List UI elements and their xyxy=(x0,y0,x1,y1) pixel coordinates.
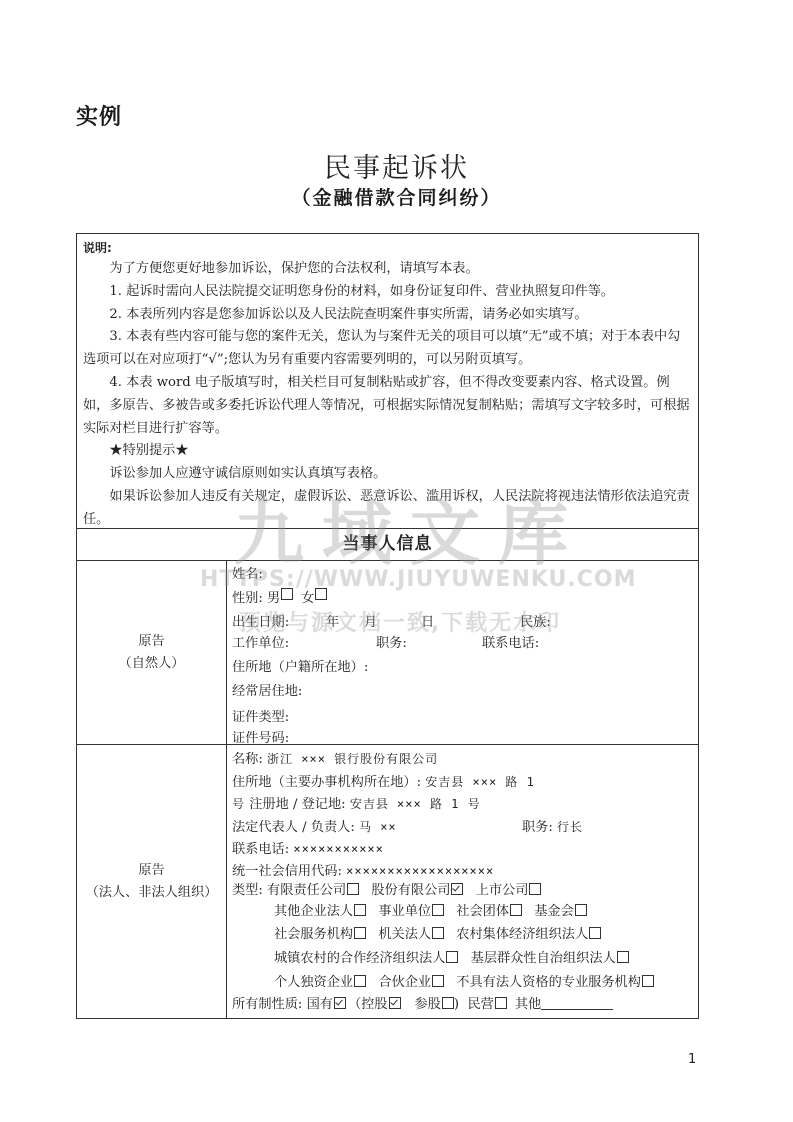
type-llc-checkbox[interactable] xyxy=(347,883,359,895)
type-grassroots-checkbox[interactable] xyxy=(617,951,629,963)
legal-rep-field[interactable]: 法定代表人 / 负责人: 马 ××职务: 行长 xyxy=(232,816,693,839)
field-label: 姓名: xyxy=(232,564,263,585)
type-option-label: 股份有限公司 xyxy=(371,883,450,898)
row-sublabel: （法人、非法人组织） xyxy=(86,882,218,904)
male-checkbox[interactable] xyxy=(281,588,293,600)
ownership-field: 所有制性质: 国有（控股参股) 民营其他 xyxy=(232,995,693,1015)
instructions-heading: 说明: xyxy=(83,238,692,258)
row-label: 原告 xyxy=(138,860,164,882)
phone-label: 联系电话: xyxy=(482,633,539,654)
type-professional-service-checkbox[interactable] xyxy=(642,975,654,987)
type-social-service-checkbox[interactable] xyxy=(354,927,366,939)
field-label: 经常居住地: xyxy=(232,681,302,702)
ownership-option-label: 民营 xyxy=(467,997,493,1012)
field-label: 统一社会信用代码: xyxy=(232,864,342,879)
paren: ) xyxy=(454,997,459,1012)
entity-type-row-1: 类型: 有限责任公司 股份有限公司 上市公司 xyxy=(232,881,693,901)
ownership-option-label: 控股 xyxy=(361,997,387,1012)
paren: （ xyxy=(348,997,361,1012)
field-label: 住所地（主要办事机构所在地）: xyxy=(232,775,421,790)
type-option-label: 合伙企业 xyxy=(378,975,431,990)
entity-type-row-5: 个人独资企业 合伙企业 不具有法人资格的专业服务机构 xyxy=(232,971,693,995)
field-label: 性别: xyxy=(232,588,263,609)
type-partnership-checkbox[interactable] xyxy=(432,975,444,987)
registered-address-value: 安吉县 ××× 路 1 号 xyxy=(350,797,481,811)
registered-address-field[interactable]: 号 注册地 / 登记地: 安吉县 ××× 路 1 号 xyxy=(232,793,693,816)
month-label: 月 xyxy=(364,612,421,633)
type-government-checkbox[interactable] xyxy=(432,927,444,939)
plaintiff-natural-person-row: 原告 （自然人） 姓名: 性别: 男女 出生日期:年月日民族: 工作单位:职务:… xyxy=(77,561,698,745)
field-label: 工作单位: xyxy=(232,633,376,654)
type-option-label: 农村集体经济组织法人 xyxy=(456,927,588,942)
plaintiff-legal-label: 原告 （法人、非法人组织） xyxy=(77,745,227,1018)
instruction-paragraph: 1. 起诉时需向人民法院提交证明您身份的材料，如身份证复印件、营业执照复印件等。 xyxy=(83,281,692,304)
document-title: 民事起诉状 xyxy=(0,146,793,185)
type-option-label: 机关法人 xyxy=(378,927,431,942)
day-label: 日 xyxy=(421,612,520,633)
party-info-header: 当事人信息 xyxy=(77,529,698,561)
ownership-other-input[interactable] xyxy=(541,995,613,1010)
example-label: 实例 xyxy=(76,100,122,131)
plaintiff-legal-fields: 名称: 浙江 ××× 银行股份有限公司 住所地（主要办事机构所在地）: 安吉县 … xyxy=(227,745,698,1018)
id-type-field[interactable]: 证件类型: xyxy=(232,707,693,728)
document-subtitle: （金融借款合同纠纷） xyxy=(0,183,793,210)
field-label: 法定代表人 / 负责人: xyxy=(232,820,355,835)
legal-rep-value: 马 ×× xyxy=(359,820,397,834)
type-option-label: 城镇农村的合作经济组织法人 xyxy=(274,951,445,966)
position-value: 行长 xyxy=(557,820,583,834)
plaintiff-natural-fields: 姓名: 性别: 男女 出生日期:年月日民族: 工作单位:职务:联系电话: 住所地… xyxy=(227,561,698,744)
field-label: 类型: xyxy=(232,883,263,898)
type-option-label: 基层群众性自治组织法人 xyxy=(471,951,616,966)
instruction-paragraph: 2. 本表所列内容是您参加诉讼以及人民法院查明案件事实所需，请务必如实填写。 xyxy=(83,304,692,327)
type-option-label: 事业单位 xyxy=(378,904,431,919)
ownership-controlling-checkbox[interactable] xyxy=(389,997,401,1009)
type-sole-proprietorship-checkbox[interactable] xyxy=(354,975,366,987)
name-field[interactable]: 姓名: xyxy=(232,564,693,585)
field-label: 注册地 / 登记地: xyxy=(249,797,345,812)
type-listed-checkbox[interactable] xyxy=(529,883,541,895)
plaintiff-legal-entity-row: 原告 （法人、非法人组织） 名称: 浙江 ××× 银行股份有限公司 住所地（主要… xyxy=(77,745,698,1018)
instruction-paragraph: 3. 本表有些内容可能与您的案件无关，您认为与案件无关的项目可以填“无”或不填；… xyxy=(83,326,692,372)
type-option-label: 个人独资企业 xyxy=(274,975,353,990)
type-public-institution-checkbox[interactable] xyxy=(432,904,444,916)
credit-code-field[interactable]: 统一社会信用代码: ×××××××××××××××××× xyxy=(232,861,693,881)
entity-type-row-4: 城镇农村的合作经济组织法人 基层群众性自治组织法人 xyxy=(232,947,693,971)
type-option-label: 其他企业法人 xyxy=(274,904,353,919)
instruction-paragraph: 如果诉讼参加人违反有关规定，虚假诉讼、恶意诉讼、滥用诉权，人民法院将视违法情形依… xyxy=(83,486,692,532)
instruction-paragraph: 诉讼参加人应遵守诚信原则如实认真填写表格。 xyxy=(83,463,692,486)
entity-name-value: 浙江 ××× 银行股份有限公司 xyxy=(267,752,438,766)
birth-date-field[interactable]: 出生日期:年月日民族: xyxy=(232,612,693,633)
type-option-label: 基金会 xyxy=(534,904,574,919)
type-cooperative-checkbox[interactable] xyxy=(446,951,458,963)
ownership-option-label: 国有 xyxy=(307,997,333,1012)
ownership-option-label: 其他 xyxy=(515,997,541,1012)
ownership-participating-checkbox[interactable] xyxy=(442,997,454,1009)
type-joint-stock-checkbox[interactable] xyxy=(451,883,463,895)
page-number: 1 xyxy=(688,1052,696,1067)
field-label: 证件类型: xyxy=(232,707,289,728)
row-label: 原告 xyxy=(138,631,164,653)
type-option-label: 社会团体 xyxy=(456,904,509,919)
entity-type-row-3: 社会服务机构 机关法人 农村集体经济组织法人 xyxy=(232,923,693,947)
ethnicity-label: 民族: xyxy=(520,612,551,633)
type-option-label: 社会服务机构 xyxy=(274,927,353,942)
type-other-enterprise-checkbox[interactable] xyxy=(354,904,366,916)
type-foundation-checkbox[interactable] xyxy=(575,904,587,916)
type-option-label: 有限责任公司 xyxy=(267,883,346,898)
phone-value: ××××××××××× xyxy=(293,842,383,856)
female-checkbox[interactable] xyxy=(315,588,327,600)
instruction-paragraph: 为了方便您更好地参加诉讼，保护您的合法权利，请填写本表。 xyxy=(83,258,692,281)
ownership-option-label: 参股 xyxy=(415,997,441,1012)
type-option-label: 上市公司 xyxy=(476,883,529,898)
field-label: 所有制性质: xyxy=(232,997,302,1012)
year-label: 年 xyxy=(326,612,364,633)
type-option-label: 不具有法人资格的专业服务机构 xyxy=(456,975,641,990)
credit-code-value: ×××××××××××××××××× xyxy=(346,864,494,878)
position-label: 职务: xyxy=(376,633,482,654)
address-field[interactable]: 住所地（主要办事机构所在地）: 安吉县 ××× 路 1 xyxy=(232,771,693,794)
residence-field[interactable]: 经常居住地: xyxy=(232,681,693,702)
field-label: 联系电话: xyxy=(232,842,289,857)
position-label: 职务: xyxy=(522,820,553,835)
special-notice-heading: ★特别提示★ xyxy=(83,440,692,463)
row-sublabel: （自然人） xyxy=(119,653,185,675)
field-label: 出生日期: xyxy=(232,612,326,633)
entity-name-field[interactable]: 名称: 浙江 ××× 银行股份有限公司 xyxy=(232,748,693,771)
option-label: 女 xyxy=(301,588,314,609)
employment-field[interactable]: 工作单位:职务:联系电话: xyxy=(232,633,693,654)
domicile-field[interactable]: 住所地（户籍所在地）: xyxy=(232,657,693,678)
entity-phone-field[interactable]: 联系电话: ××××××××××× xyxy=(232,838,693,861)
address-value: 安吉县 ××× 路 1 xyxy=(425,775,535,789)
address-value-continued: 号 xyxy=(232,797,245,811)
field-label: 住所地（户籍所在地）: xyxy=(232,657,368,678)
type-rural-collective-checkbox[interactable] xyxy=(589,927,601,939)
plaintiff-natural-label: 原告 （自然人） xyxy=(77,561,227,744)
type-social-group-checkbox[interactable] xyxy=(510,904,522,916)
complaint-form-table: 说明: 为了方便您更好地参加诉讼，保护您的合法权利，请填写本表。 1. 起诉时需… xyxy=(76,233,699,1019)
ownership-private-checkbox[interactable] xyxy=(495,997,507,1009)
option-label: 男 xyxy=(267,588,280,609)
field-label: 名称: xyxy=(232,752,263,767)
instruction-paragraph: 4. 本表 word 电子版填写时，相关栏目可复制粘贴或扩容，但不得改变要素内容… xyxy=(83,372,692,440)
ownership-state-owned-checkbox[interactable] xyxy=(334,997,346,1009)
entity-type-row-2: 其他企业法人 事业单位 社会团体 基金会 xyxy=(232,901,693,924)
gender-field: 性别: 男女 xyxy=(232,588,693,609)
instructions-section: 说明: 为了方便您更好地参加诉讼，保护您的合法权利，请填写本表。 1. 起诉时需… xyxy=(77,234,698,529)
